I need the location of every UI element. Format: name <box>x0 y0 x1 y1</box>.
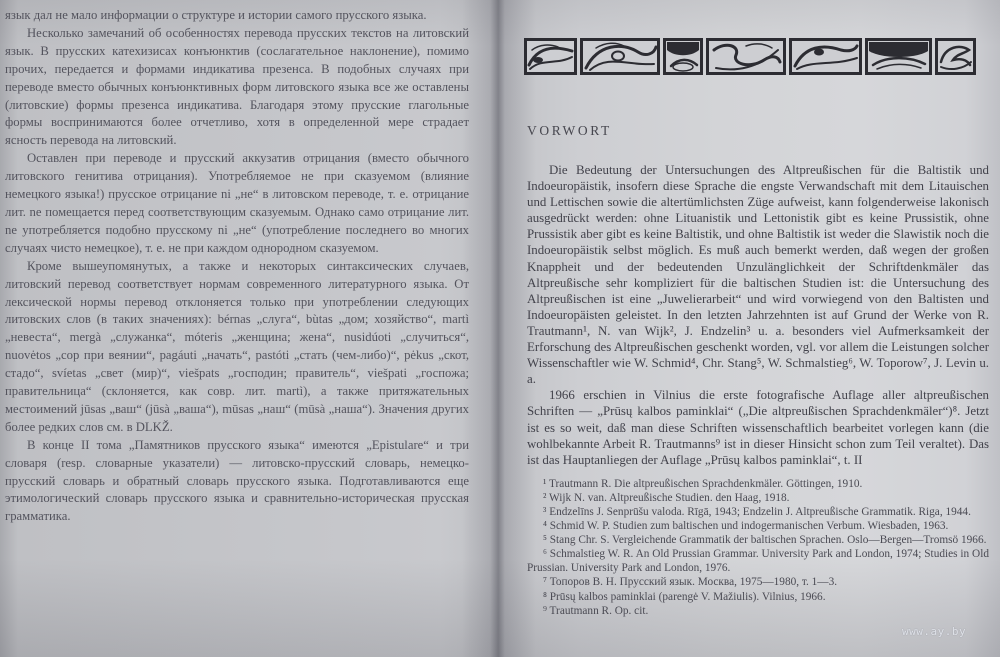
footnote: ⁵ Stang Chr. S. Vergleichende Grammatik … <box>527 533 989 547</box>
paragraph: Die Bedeutung der Untersuchungen des Alt… <box>527 162 989 387</box>
paragraph: Кроме вышеупомянутых, а также и некоторы… <box>5 258 469 437</box>
paragraph: 1966 erschien in Vilnius die erste fotog… <box>527 387 989 467</box>
paragraph: язык дал не мало информации о структуре … <box>5 7 469 25</box>
right-page-text-column: Die Bedeutung der Untersuchungen des Alt… <box>527 162 989 618</box>
book-spread-photo: язык дал не мало информации о структуре … <box>0 0 1000 657</box>
footnotes-section: ¹ Trautmann R. Die altpreußischen Sprach… <box>527 477 989 618</box>
footnote: ⁴ Schmid W. P. Studien zum baltischen un… <box>527 519 989 533</box>
footnote: ² Wijk N. van. Altpreußische Studien. de… <box>527 491 989 505</box>
book-gutter-shadow <box>462 0 536 657</box>
footnote: ⁷ Топоров В. Н. Прусский язык. Москва, 1… <box>527 575 989 589</box>
paragraph: В конце II тома „Памятников прусского яз… <box>5 437 469 527</box>
left-page-text-column: язык дал не мало информации о структуре … <box>5 7 469 526</box>
footnote: ⁶ Schmalstieg W. R. An Old Prussian Gram… <box>527 547 989 575</box>
footnote: ³ Endzelīns J. Senprūšu valoda. Rīgā, 19… <box>527 505 989 519</box>
woodcut-ornament-band-icon <box>524 38 976 76</box>
footnote: ⁹ Trautmann R. Op. cit. <box>527 604 989 618</box>
watermark-text: www.ay.by <box>902 625 966 638</box>
footnote: ⁸ Prūsų kalbos paminklai (parengė V. Maž… <box>527 590 989 604</box>
paragraph: Несколько замечаний об особенностях пере… <box>5 25 469 150</box>
paragraph: Оставлен при переводе и прусский аккузат… <box>5 150 469 257</box>
chapter-heading: VORWORT <box>527 123 612 139</box>
footnote: ¹ Trautmann R. Die altpreußischen Sprach… <box>527 477 989 491</box>
